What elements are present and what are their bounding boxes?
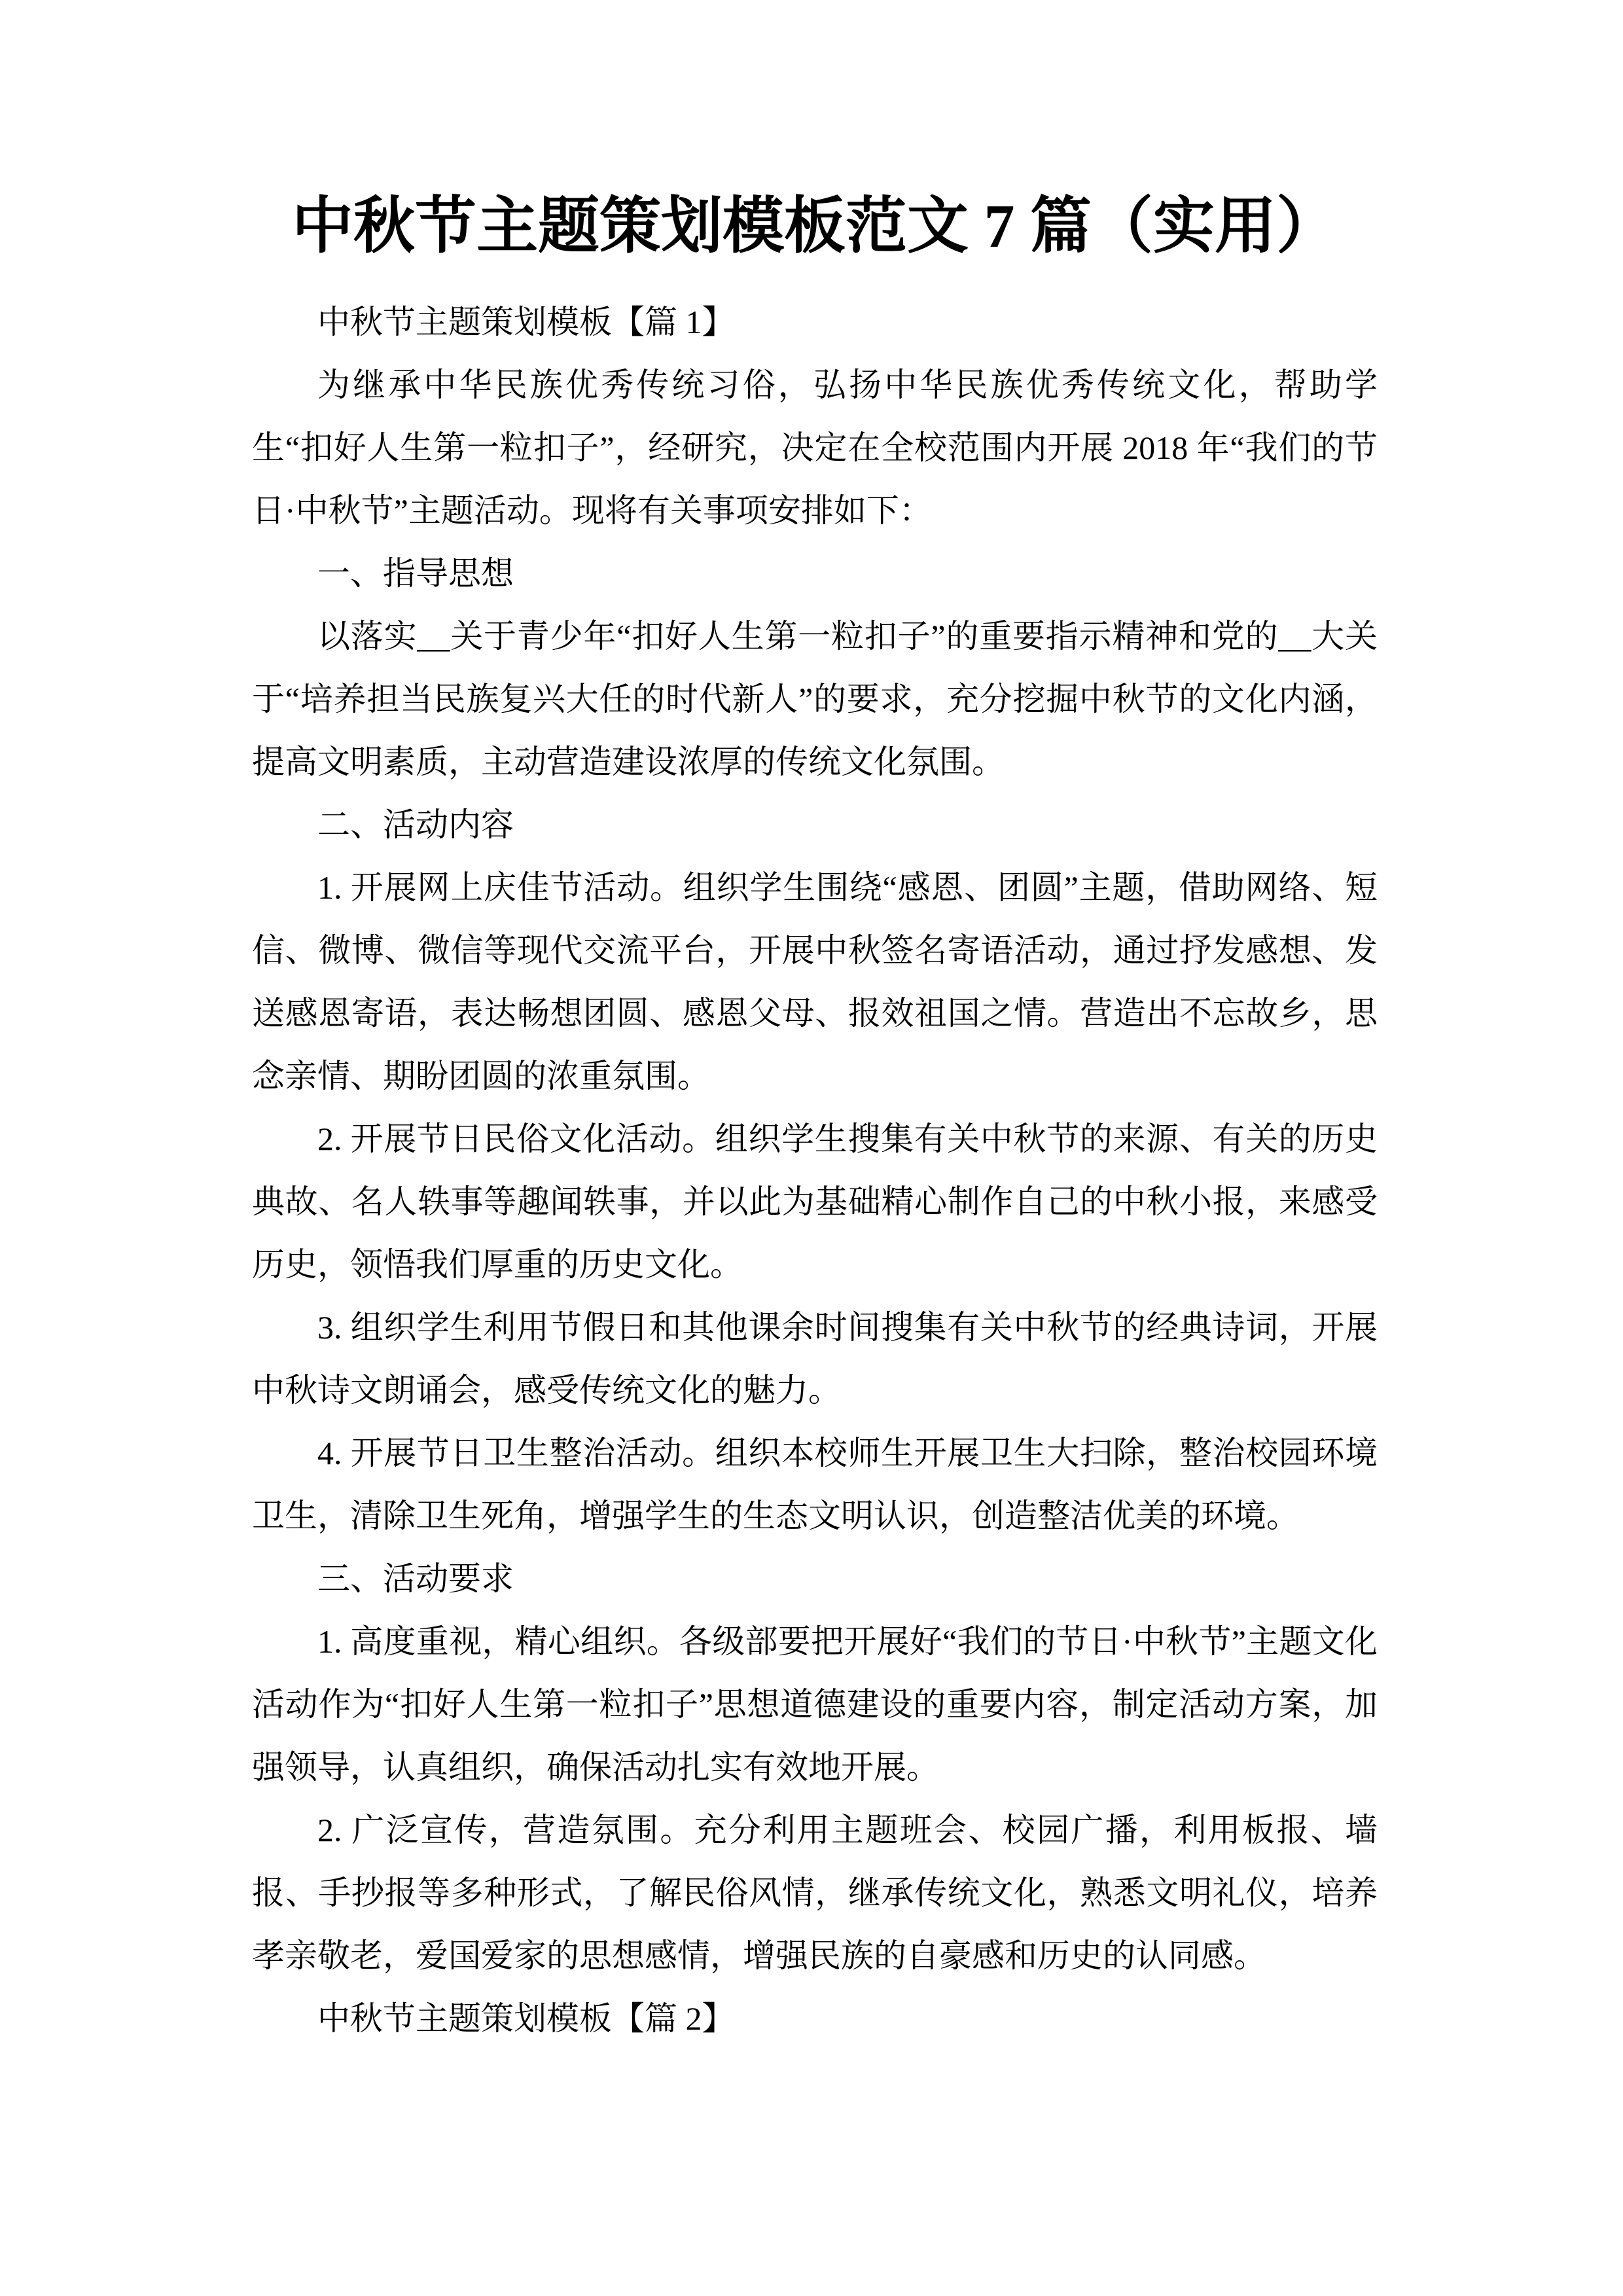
paragraph-10-heading: 三、活动要求 (252, 1547, 1378, 1610)
paragraph-6-body: 1. 开展网上庆佳节活动。组织学生围绕“感恩、团圆”主题，借助网络、短信、微博、… (252, 856, 1378, 1107)
document-body: 中秋节主题策划模板【篇 1】为继承中华民族优秀传统习俗，弘扬中华民族优秀传统文化… (252, 291, 1378, 2050)
paragraph-13-section-label: 中秋节主题策划模板【篇 2】 (252, 1987, 1378, 2050)
document-page: 中秋节主题策划模板范文 7 篇（实用） 中秋节主题策划模板【篇 1】为继承中华民… (0, 0, 1623, 2296)
document-title: 中秋节主题策划模板范文 7 篇（实用） (252, 188, 1378, 264)
paragraph-12-body: 2. 广泛宣传，营造氛围。充分利用主题班会、校园广播，利用板报、墙报、手抄报等多… (252, 1799, 1378, 1987)
paragraph-11-body: 1. 高度重视，精心组织。各级部要把开展好“我们的节日·中秋节”主题文化活动作为… (252, 1610, 1378, 1799)
paragraph-4-body: 以落实__关于青少年“扣好人生第一粒扣子”的重要指示精神和党的__大关于“培养担… (252, 605, 1378, 793)
paragraph-8-body: 3. 组织学生利用节假日和其他课余时间搜集有关中秋节的经典诗词，开展中秋诗文朗诵… (252, 1296, 1378, 1422)
paragraph-3-heading: 一、指导思想 (252, 542, 1378, 605)
paragraph-5-heading: 二、活动内容 (252, 793, 1378, 856)
paragraph-2-body: 为继承中华民族优秀传统习俗，弘扬中华民族优秀传统文化，帮助学生“扣好人生第一粒扣… (252, 353, 1378, 542)
paragraph-1-section-label: 中秋节主题策划模板【篇 1】 (252, 291, 1378, 353)
paragraph-9-body: 4. 开展节日卫生整治活动。组织本校师生开展卫生大扫除，整治校园环境卫生，清除卫… (252, 1422, 1378, 1547)
paragraph-7-body: 2. 开展节日民俗文化活动。组织学生搜集有关中秋节的来源、有关的历史典故、名人轶… (252, 1107, 1378, 1296)
